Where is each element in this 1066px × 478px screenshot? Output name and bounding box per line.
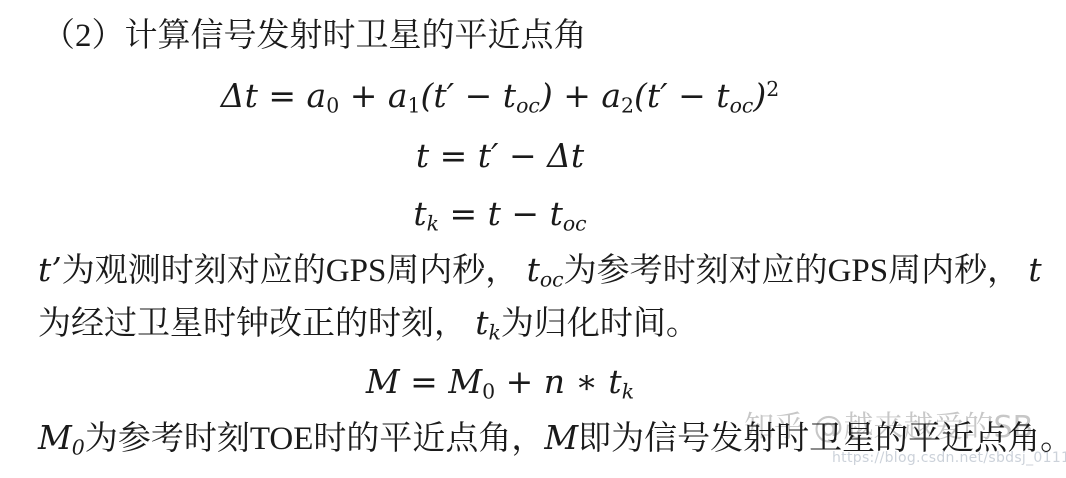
paragraph-time-definitions: t’为观测时刻对应的GPS周内秒， toc为参考时刻对应的GPS周内秒， t为经… <box>38 244 1066 350</box>
formula-signal-emission-time: t = t′ − Δt <box>0 136 1000 176</box>
formula-mean-anomaly: M = M0 + n ∗ tk <box>0 362 1000 402</box>
formula-clock-correction: Δt = a0 + a1(t′ − toc) + a2(t′ − toc)2 <box>0 76 1000 116</box>
document-page: （2）计算信号发射时卫星的平近点角 Δt = a0 + a1(t′ − toc)… <box>0 0 1066 478</box>
paragraph-mean-anomaly-definition: M0为参考时刻TOE时的平近点角，M即为信号发射时卫星的平近点角。 <box>38 412 1066 465</box>
formula-normalized-time: tk = t − toc <box>0 194 1000 234</box>
section-heading: （2）计算信号发射时卫星的平近点角 <box>42 16 587 56</box>
